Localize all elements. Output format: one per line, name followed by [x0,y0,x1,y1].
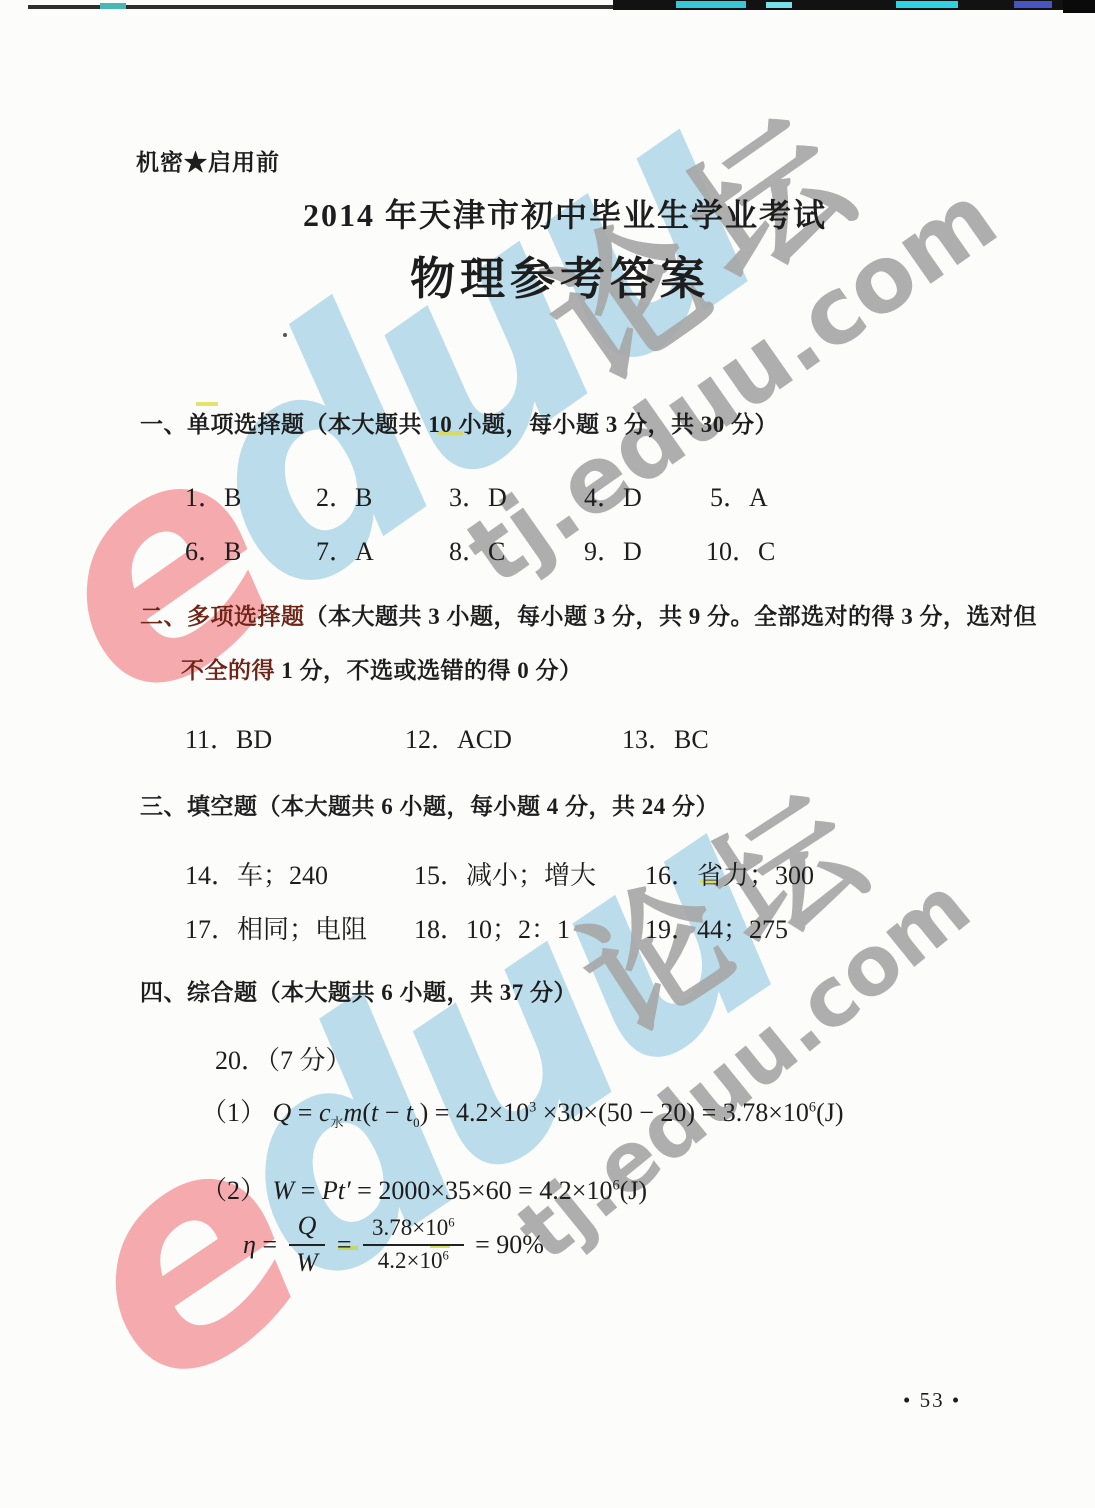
efficiency-result: 90% [496,1230,544,1260]
var-W: W [296,1248,318,1277]
answer-item: 3．D [449,477,507,514]
section2-heading-line2-start: 不全的得 [181,658,275,683]
denominator-value: 4.2×10 [378,1248,443,1273]
doc-title: 物理参考答案 [40,242,1080,307]
section1-heading: 一、单项选择题（本大题共 10 小题，每小题 3 分，共 30 分） [140,406,778,439]
section2-heading-line2-rest: 1 分，不选或选错的得 0 分） [275,658,583,683]
answer-item: 11．BD [185,719,272,756]
exponent: 6 [809,1099,816,1115]
formula-number: （1） [201,1098,273,1127]
unit-joule: (J) [816,1098,843,1127]
answer-item: 12．ACD [405,719,512,756]
var-W: W [273,1176,295,1205]
fraction-values: 3.78×106 4.2×106 [363,1214,464,1276]
section2-heading-line1: 二、多项选择题（本大题共 3 小题，每小题 3 分，共 9 分。全部选对的得 3… [140,598,1037,631]
operator: = [256,1230,284,1260]
expression: ×30×(50 − 20) = 3.78×10 [536,1098,809,1127]
var-c: c [319,1098,331,1127]
section2-heading-label: 二、多项选择题 [140,604,305,629]
section3-heading: 三、填空题（本大题共 6 小题，每小题 4 分，共 24 分） [140,788,719,821]
answer-item: 15．减小；增大 [414,855,596,892]
scanned-answer-sheet: eduu eduu 论坛 论坛 tj.eduu.com tj.eduu.com … [0,0,1095,1508]
security-notice: 机密★启用前 [136,144,280,177]
var-m: m [344,1098,363,1127]
answer-item: 9．D [584,531,642,568]
unit-joule: (J) [620,1176,647,1205]
operator: − [378,1098,406,1127]
answer-item: 19．44；275 [645,909,788,946]
operator: = [291,1098,319,1127]
subscript-water: 水 [331,1115,344,1130]
answer-item: 16．省力；300 [645,855,814,892]
formula-work-w: （2） W = Pt′ = 2000×35×60 = 4.2×106(J) [201,1170,647,1207]
answer-item: 4．D [584,477,642,514]
operator: = [294,1176,322,1205]
exponent: 6 [612,1177,619,1193]
var-eta: η [243,1230,256,1260]
page-number: • 53 • [903,1388,961,1413]
answer-item: 6．B [185,531,241,568]
exam-title: 2014 年天津市初中毕业生学业考试 [40,190,1090,236]
answer-item: 8．C [449,531,505,568]
var-Pt: Pt′ [322,1176,351,1205]
expression: = 2000×35×60 = 4.2×10 [351,1176,613,1205]
answer-item: 14．车；240 [185,855,328,892]
operator: = [469,1230,497,1260]
question20-label: 20．（7 分） [215,1040,352,1077]
answer-item: 10．C [706,531,775,568]
exponent: 6 [448,1215,454,1229]
answer-item: 17．相同；电阻 [185,909,367,946]
document-content: 机密★启用前 2014 年天津市初中毕业生学业考试 物理参考答案 一、单项选择题… [0,0,1095,1508]
var-Q: Q [298,1211,317,1240]
numerator-value: 3.78×10 [372,1215,448,1240]
operator: = [330,1230,358,1260]
formula-number: （2） [201,1176,273,1205]
answer-item: 18．10；2：1 [414,909,570,946]
formula-efficiency: η = Q W = 3.78×106 4.2×106 = 90% [243,1210,544,1279]
operator: ( [362,1098,371,1127]
exponent: 6 [443,1248,449,1262]
expression: ) = 4.2×10 [420,1098,529,1127]
var-Q: Q [273,1098,292,1127]
fraction-q-over-w: Q W [289,1210,326,1279]
answer-item: 7．A [316,531,374,568]
formula-heat-q: （1） Q = c水m(t − t0) = 4.2×103 ×30×(50 − … [201,1092,844,1131]
section2-heading-rest: （本大题共 3 小题，每小题 3 分，共 9 分。全部选对的得 3 分，选对但 [305,604,1038,629]
answer-item: 2．B [316,477,372,514]
answer-item: 5．A [710,477,768,514]
answer-item: 13．BC [622,719,709,756]
section2-heading-line2: 不全的得 1 分，不选或选错的得 0 分） [181,652,583,685]
answer-item: 1．B [185,477,241,514]
section4-heading: 四、综合题（本大题共 6 小题，共 37 分） [140,974,577,1007]
